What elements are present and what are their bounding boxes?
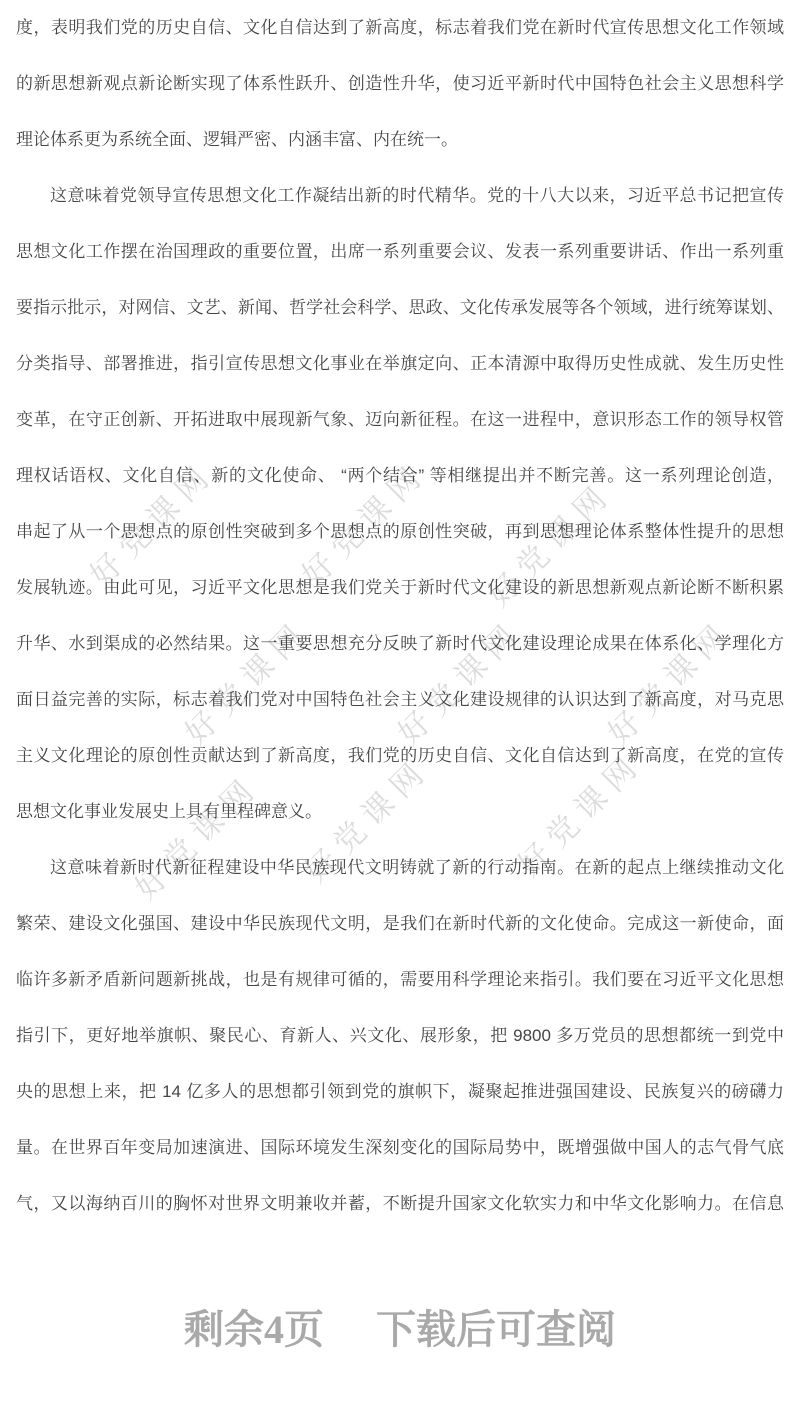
text-line: 央的思想上来，把 14 亿多人的思想都引领到党的旗帜下，凝聚起推进强国建设、民族… xyxy=(0,1064,800,1120)
text-line: 这意味着新时代新征程建设中华民族现代文明铸就了新的行动指南。在新的起点上继续推动… xyxy=(0,840,800,896)
text-line: 发展轨迹。由此可见，习近平文化思想是我们党关于新时代文化建设的新思想新观点新论断… xyxy=(0,560,800,616)
text-line: 主义文化理论的原创性贡献达到了新高度，我们党的历史自信、文化自信达到了新高度，在… xyxy=(0,728,800,784)
text-line: 思想文化事业发展史上具有里程碑意义。 xyxy=(0,784,800,840)
text-line: 串起了从一个思想点的原创性突破到多个思想点的原创性突破，再到思想理论体系整体性提… xyxy=(0,504,800,560)
paragraph: 这意味着党领导宣传思想文化工作凝结出新的时代精华。党的十八大以来，习近平总书记把… xyxy=(0,168,800,840)
footer-notice: 剩余4页 下载后可查阅 xyxy=(0,1298,800,1355)
text-line: 这意味着党领导宣传思想文化工作凝结出新的时代精华。党的十八大以来，习近平总书记把… xyxy=(0,168,800,224)
text-line: 临许多新矛盾新问题新挑战，也是有规律可循的，需要用科学理论来指引。我们要在习近平… xyxy=(0,952,800,1008)
text-line: 理论体系更为系统全面、逻辑严密、内涵丰富、内在统一。 xyxy=(0,112,800,168)
paragraph: 度，表明我们党的历史自信、文化自信达到了新高度，标志着我们党在新时代宣传思想文化… xyxy=(0,0,800,168)
document-page: 好党课网好党课网好党课网好党课网好党课网好党课网好党课网好党课网好党课网 度，表… xyxy=(0,0,800,1416)
text-line: 思想文化工作摆在治国理政的重要位置，出席一系列重要会议、发表一系列重要讲话、作出… xyxy=(0,224,800,280)
text-line: 面日益完善的实际，标志着我们党对中国特色社会主义文化建设规律的认识达到了新高度，… xyxy=(0,672,800,728)
text-line: 指引下，更好地举旗帜、聚民心、育新人、兴文化、展形象，把 9800 多万党员的思… xyxy=(0,1008,800,1064)
text-line: 变革，在守正创新、开拓进取中展现新气象、迈向新征程。在这一进程中，意识形态工作的… xyxy=(0,392,800,448)
text-line: 要指示批示，对网信、文艺、新闻、哲学社会科学、思政、文化传承发展等各个领域，进行… xyxy=(0,280,800,336)
text-line: 的新思想新观点新论断实现了体系性跃升、创造性升华，使习近平新时代中国特色社会主义… xyxy=(0,56,800,112)
text-line: 升华、水到渠成的必然结果。这一重要思想充分反映了新时代文化建设理论成果在体系化、… xyxy=(0,616,800,672)
text-line: 量。在世界百年变局加速演进、国际环境发生深刻变化的国际局势中，既增强做中国人的志… xyxy=(0,1120,800,1176)
remaining-pages-label: 剩余4页 xyxy=(184,1298,324,1355)
text-line: 度，表明我们党的历史自信、文化自信达到了新高度，标志着我们党在新时代宣传思想文化… xyxy=(0,0,800,56)
paragraph: 这意味着新时代新征程建设中华民族现代文明铸就了新的行动指南。在新的起点上继续推动… xyxy=(0,840,800,1232)
text-line: 理权话语权、文化自信、新的文化使命、 “两个结合” 等相继提出并不断完善。这一系… xyxy=(0,448,800,504)
document-body: 度，表明我们党的历史自信、文化自信达到了新高度，标志着我们党在新时代宣传思想文化… xyxy=(0,0,800,1232)
text-line: 繁荣、建设文化强国、建设中华民族现代文明，是我们在新时代新的文化使命。完成这一新… xyxy=(0,896,800,952)
text-line: 分类指导、部署推进，指引宣传思想文化事业在举旗定向、正本清源中取得历史性成就、发… xyxy=(0,336,800,392)
text-line: 气，又以海纳百川的胸怀对世界文明兼收并蓄，不断提升国家文化软实力和中华文化影响力… xyxy=(0,1176,800,1232)
download-hint-label: 下载后可查阅 xyxy=(376,1298,616,1355)
